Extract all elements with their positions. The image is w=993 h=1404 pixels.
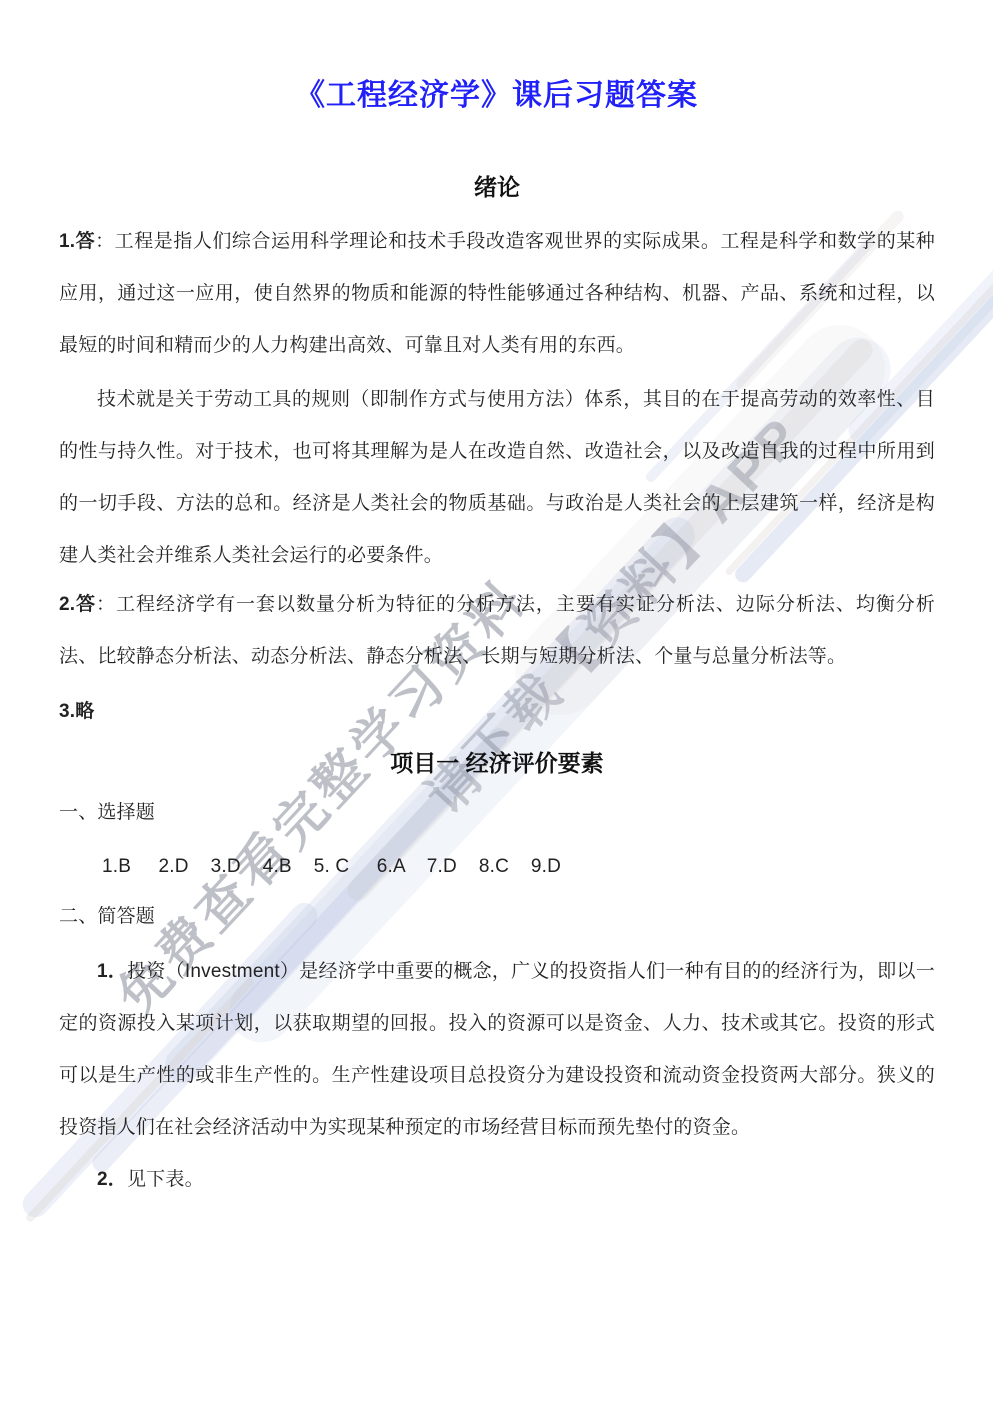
short-answer2-text: 见下表。 (127, 1169, 204, 1190)
short-answer2-number: 2． (97, 1169, 127, 1190)
subsection-short-questions: 二、简答题 (59, 891, 935, 943)
section-heading-intro: 绪论 (59, 170, 935, 204)
paragraph-intro-answer3: 3.略 (59, 686, 935, 738)
technology-text: 技术就是关于劳动工具的规则（即制作方式与使用方法）体系，其目的在于提高劳动的效率… (59, 389, 935, 566)
answer1-text: ：工程是指人们综合运用科学理论和技术手段改造客观世界的实际成果。工程是科学和数学… (59, 231, 935, 356)
choice-answers-row: 1.B 2.D 3.D 4.B 5. C 6.A 7.D 8.C 9.D (59, 841, 978, 893)
answer2-text: ：工程经济学有一套以数量分析为特征的分析方法，主要有实证分析法、边际分析法、均衡… (59, 594, 935, 667)
document-title: 《工程经济学》课后习题答案 (0, 70, 993, 114)
short-answer1-text: 投资（Investment）是经济学中重要的概念，广义的投资指人们一种有目的的经… (59, 961, 935, 1138)
answer3-label: 3.略 (59, 701, 94, 722)
answer1-label: 1.答 (59, 231, 95, 252)
section-heading-project1: 项目一 经济评价要素 (59, 746, 935, 780)
short-answer1-number: 1． (97, 961, 127, 982)
paragraph-short-answer1: 1．投资（Investment）是经济学中重要的概念，广义的投资指人们一种有目的… (59, 946, 935, 1154)
document-page: 免费查看完整学习资料 请下载【资料】APP 《工程经济学》课后习题答案 绪论 1… (0, 0, 993, 1404)
paragraph-intro-answer2: 2.答：工程经济学有一套以数量分析为特征的分析方法，主要有实证分析法、边际分析法… (59, 579, 935, 683)
document-content: 《工程经济学》课后习题答案 绪论 1.答：工程是指人们综合运用科学理论和技术手段… (0, 0, 993, 1404)
paragraph-short-answer2: 2．见下表。 (59, 1154, 935, 1206)
answer2-label: 2.答 (59, 594, 96, 615)
paragraph-intro-technology: 技术就是关于劳动工具的规则（即制作方式与使用方法）体系，其目的在于提高劳动的效率… (59, 374, 935, 582)
subsection-choice-questions: 一、选择题 (59, 787, 935, 839)
paragraph-intro-answer1: 1.答：工程是指人们综合运用科学理论和技术手段改造客观世界的实际成果。工程是科学… (59, 216, 935, 372)
